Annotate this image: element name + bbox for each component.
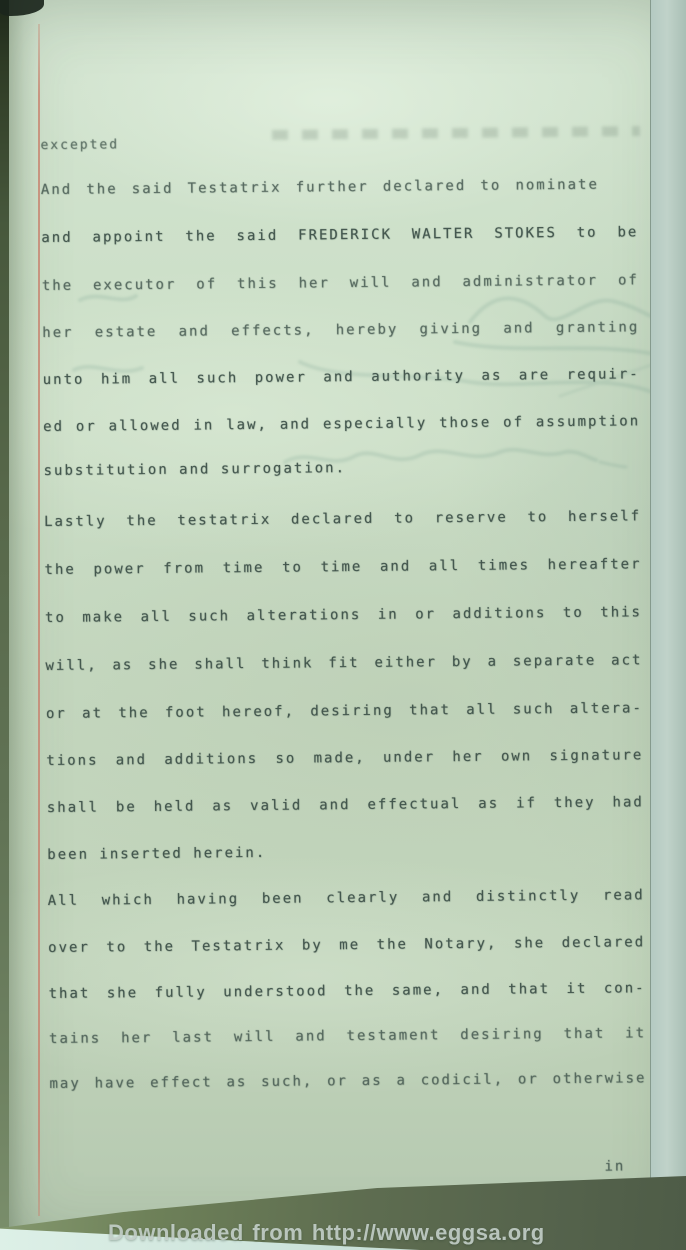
typed-line: And the said Testatrix further declared … — [41, 176, 599, 199]
typed-line: All which having been clearly and distin… — [48, 886, 645, 910]
typed-line: unto him all such power and authority as… — [43, 365, 640, 389]
typed-line: tains her last will and testament desiri… — [49, 1024, 646, 1048]
typed-line: and appoint the said FREDERICK WALTER ST… — [41, 223, 638, 247]
typed-text-block: excepted And the said Testatrix further … — [0, 0, 686, 1250]
typed-line: the power from time to time and all time… — [44, 555, 641, 579]
scanned-will-page: excepted And the said Testatrix further … — [0, 0, 686, 1250]
typed-line: Lastly the testatrix declared to reserve… — [44, 507, 641, 531]
typed-line: been inserted herein. — [47, 840, 644, 864]
watermark-text: Downloaded from http://www.eggsa.org — [108, 1220, 545, 1246]
typed-line: excepted — [40, 131, 637, 155]
typed-line: over to the Testatrix by me the Notary, … — [48, 933, 645, 957]
typed-line: shall be held as valid and effectual as … — [47, 793, 644, 817]
typed-line: substitution and surrogation. — [43, 456, 640, 480]
typed-line: will, as she shall think fit either by a… — [45, 651, 642, 675]
typed-line: tions and additions so made, under her o… — [46, 746, 643, 770]
typed-line: may have effect as such, or as a codicil… — [49, 1069, 646, 1093]
catchword: in — [50, 1157, 625, 1181]
typed-line: her estate and effects, hereby giving an… — [42, 318, 639, 342]
typed-line: or at the foot hereof, desiring that all… — [46, 699, 643, 723]
typed-line: the executor of this her will and admini… — [42, 271, 639, 295]
typed-line: ed or allowed in law, and especially tho… — [43, 412, 640, 436]
typed-line: to make all such alterations in or addit… — [45, 603, 642, 627]
typed-line: that she fully understood the same, and … — [49, 979, 646, 1003]
